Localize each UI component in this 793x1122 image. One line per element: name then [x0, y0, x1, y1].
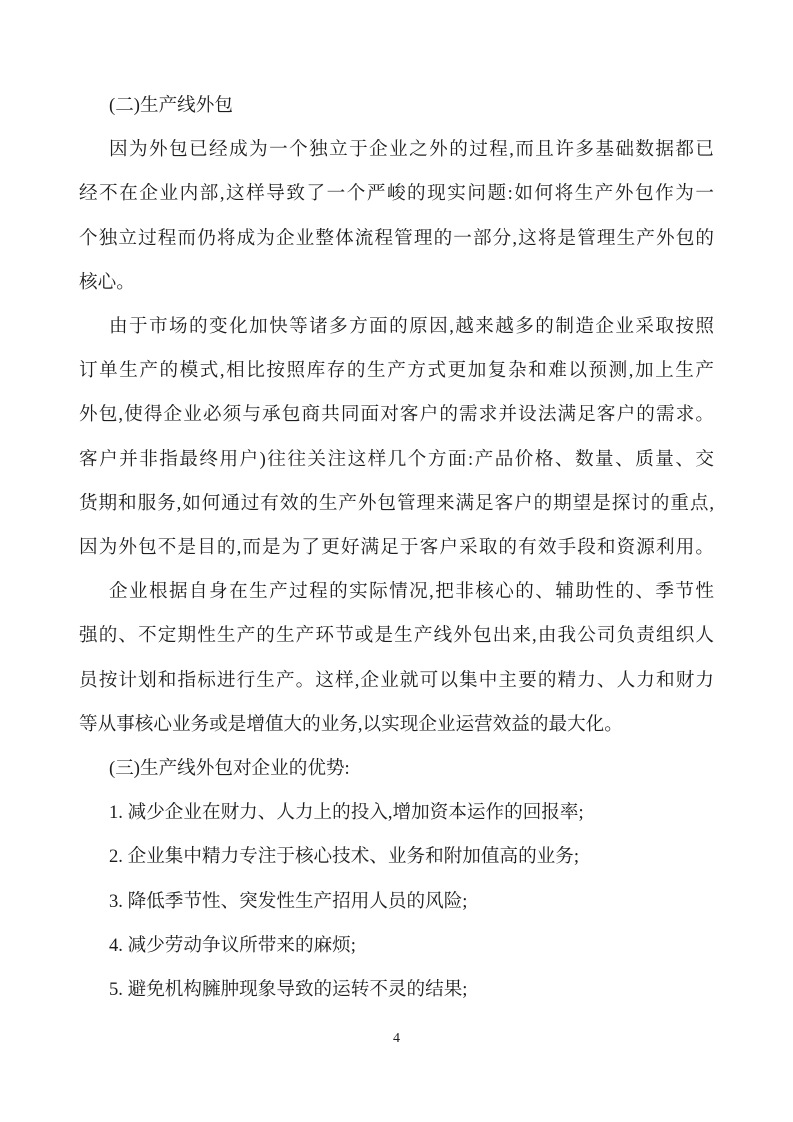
- text-line: 等从事核心业务或是增值大的业务,以实现企业运营效益的最大化。: [79, 703, 714, 747]
- text-line: 由于市场的变化加快等诸多方面的原因,越来越多的制造企业采取按照: [79, 305, 714, 349]
- text-line: 货期和服务,如何通过有效的生产外包管理来满足客户的期望是探讨的重点,: [79, 482, 714, 526]
- text-line: 员按计划和指标进行生产。这样,企业就可以集中主要的精力、人力和财力: [79, 659, 714, 703]
- text-line: 企业根据自身在生产过程的实际情况,把非核心的、辅助性的、季节性: [79, 570, 714, 614]
- document-page: (二)生产线外包 因为外包已经成为一个独立于企业之外的过程,而且许多基础数据都已…: [0, 0, 793, 1122]
- list-item: 2. 企业集中精力专注于核心技术、业务和附加值高的业务;: [79, 835, 714, 879]
- text-line: 经不在企业内部,这样导致了一个严峻的现实问题:如何将生产外包作为一: [79, 172, 714, 216]
- paragraph: 企业根据自身在生产过程的实际情况,把非核心的、辅助性的、季节性 强的、不定期性生…: [79, 570, 714, 747]
- heading-line: (三)生产线外包对企业的优势:: [79, 747, 714, 791]
- paragraph: 因为外包已经成为一个独立于企业之外的过程,而且许多基础数据都已 经不在企业内部,…: [79, 128, 714, 305]
- document-body: (二)生产线外包 因为外包已经成为一个独立于企业之外的过程,而且许多基础数据都已…: [79, 84, 714, 1012]
- text-line: 订单生产的模式,相比按照库存的生产方式更加复杂和难以预测,加上生产: [79, 349, 714, 393]
- list-item: 4. 减少劳动争议所带来的麻烦;: [79, 924, 714, 968]
- text-line: 个独立过程而仍将成为企业整体流程管理的一部分,这将是管理生产外包的: [79, 217, 714, 261]
- numbered-list: 1. 减少企业在财力、人力上的投入,增加资本运作的回报率; 2. 企业集中精力专…: [79, 791, 714, 1012]
- page-number: 4: [0, 1030, 793, 1048]
- list-item: 5. 避免机构臃肿现象导致的运转不灵的结果;: [79, 968, 714, 1012]
- text-line: 核心。: [79, 261, 714, 305]
- section-heading: (二)生产线外包: [79, 84, 714, 128]
- text-line: 因为外包不是目的,而是为了更好满足于客户采取的有效手段和资源利用。: [79, 526, 714, 570]
- heading-line: (二)生产线外包: [79, 84, 714, 128]
- text-line: 客户并非指最终用户)往往关注这样几个方面:产品价格、数量、质量、交: [79, 438, 714, 482]
- paragraph: 由于市场的变化加快等诸多方面的原因,越来越多的制造企业采取按照 订单生产的模式,…: [79, 305, 714, 570]
- text-line: 强的、不定期性生产的生产环节或是生产线外包出来,由我公司负责组织人: [79, 614, 714, 658]
- text-line: 因为外包已经成为一个独立于企业之外的过程,而且许多基础数据都已: [79, 128, 714, 172]
- section-heading: (三)生产线外包对企业的优势:: [79, 747, 714, 791]
- list-item: 1. 减少企业在财力、人力上的投入,增加资本运作的回报率;: [79, 791, 714, 835]
- text-line: 外包,使得企业必须与承包商共同面对客户的需求并设法满足客户的需求。: [79, 393, 714, 437]
- list-item: 3. 降低季节性、突发性生产招用人员的风险;: [79, 880, 714, 924]
